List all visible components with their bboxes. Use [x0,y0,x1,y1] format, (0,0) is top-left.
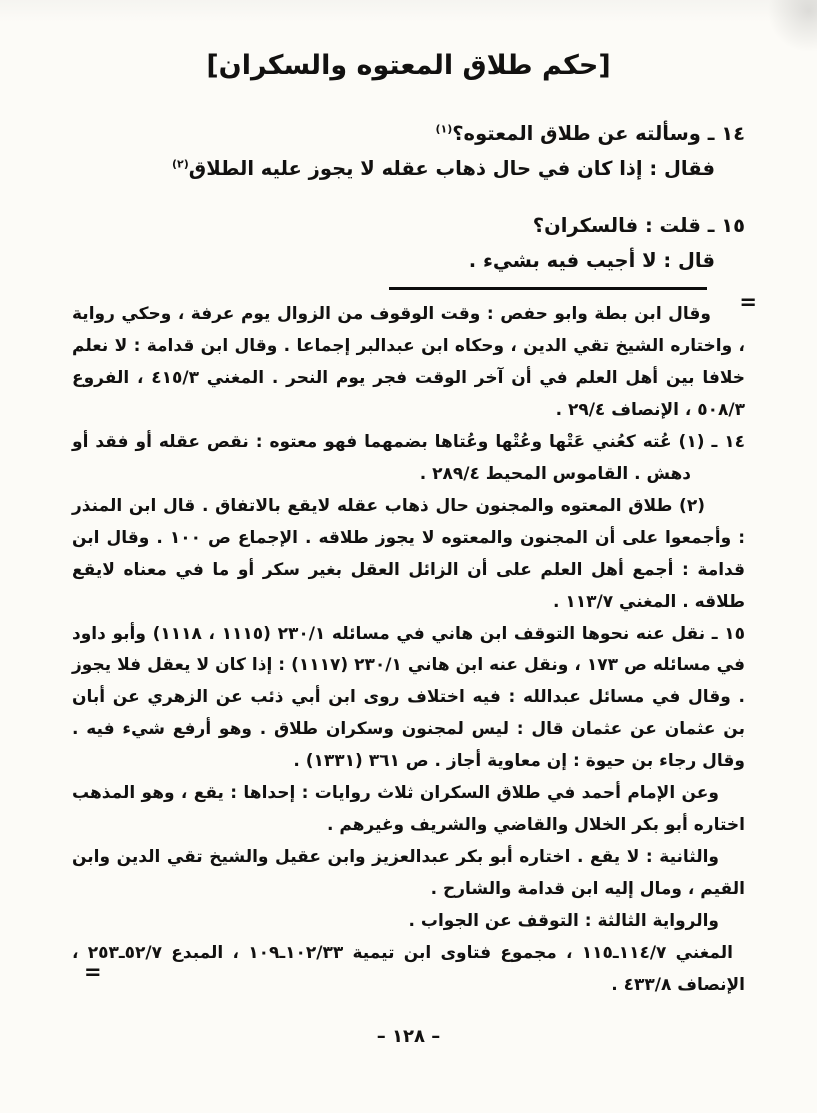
masala-14-number: ١٤ ـ [708,122,745,145]
footnote-continuation-paragraph: وقال ابن بطة وابو حفص : وقت الوقوف من ال… [72,299,745,427]
page-number: – ١٢٨ – [0,1026,817,1047]
chapter-title: [حكم طلاق المعتوه والسكران] [0,50,817,81]
footnote-14-2: (٢) طلاق المعتوه والمجنون حال ذهاب عقله … [72,491,745,619]
masala-14-answer: فقال : إذا كان في حال ذهاب عقله لا يجوز … [150,151,745,186]
footnote-continuation-mark-bottom: = [84,962,102,983]
masala-15-number: ١٥ ـ [708,214,745,237]
footnote-15-references: المغني ١١٤/٧ـ١١٥ ، مجموع فتاوى ابن تيمية… [72,938,745,1002]
masala-14-question: ١٤ ـ وسألته عن طلاق المعتوه؟(١) [150,116,745,151]
masala-15-question: ١٥ ـ قلت : فالسكران؟ [150,208,745,243]
footnote-15-riwayat: وعن الإمام أحمد في طلاق السكران ثلاث روا… [72,778,745,842]
footnote-15: ١٥ ـ نقل عنه نحوها التوقف ابن هاني في مس… [72,619,745,779]
footnote-14-1: ١٤ ـ (١) عُته كعُني عَتْها وعُتْها وعُتا… [72,427,745,491]
footnote-ref-2: (٢) [172,158,189,171]
masala-14-answer-text: فقال : إذا كان في حال ذهاب عقله لا يجوز … [189,157,715,180]
footnote-15-second-riwaya: والثانية : لا يقع . اختاره أبو بكر عبدال… [72,842,745,906]
scanned-book-page: [حكم طلاق المعتوه والسكران] ١٤ ـ وسألته … [0,0,817,1113]
masala-15-question-text: قلت : فالسكران؟ [533,214,701,237]
footnote-separator-rule [389,287,707,290]
footnotes-block: وقال ابن بطة وابو حفص : وقت الوقوف من ال… [72,299,745,1002]
footnote-15-third-riwaya: والرواية الثالثة : التوقف عن الجواب . [72,906,745,938]
main-text-block: ١٤ ـ وسألته عن طلاق المعتوه؟(١) فقال : إ… [150,116,745,279]
masala-14-question-text: وسألته عن طلاق المعتوه؟ [452,122,701,145]
footnote-ref-1: (١) [435,123,452,136]
masala-15-answer: قال : لا أجيب فيه بشيء . [150,243,745,278]
